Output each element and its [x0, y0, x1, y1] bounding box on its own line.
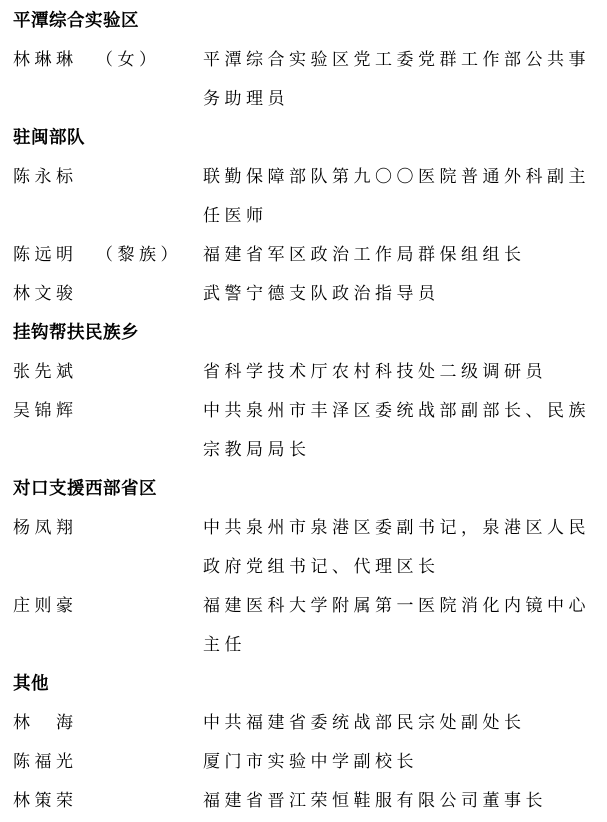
entry-row: 林琳琳（女）平潭综合实验区党工委党群工作部公共事务助理员	[0, 40, 607, 118]
person-name: 林文骏	[13, 284, 78, 303]
person-name: 陈永标	[13, 167, 78, 186]
entry-name-cell: 林策荣	[0, 781, 203, 820]
entry-row: 吴锦辉中共泉州市丰泽区委统战部副部长、民族宗教局局长	[0, 391, 607, 469]
person-name: 陈远明	[13, 245, 78, 264]
person-name: 林策荣	[13, 791, 78, 810]
person-name: 吴锦辉	[13, 401, 78, 420]
entry-name-cell: 陈永标	[0, 157, 203, 196]
position-title: 中共福建省委统战部民宗处副处长	[203, 703, 600, 742]
entry-row: 杨凤翔中共泉州市泉港区委副书记，泉港区人民政府党组书记、代理区长	[0, 508, 607, 586]
entry-row: 陈福光厦门市实验中学副校长	[0, 742, 607, 781]
gender-ethnicity-note: （黎族）	[96, 235, 182, 274]
entry-row: 张先斌省科学技术厅农村科技处二级调研员	[0, 352, 607, 391]
entry-name-cell: 陈远明（黎族）	[0, 235, 203, 274]
position-title: 平潭综合实验区党工委党群工作部公共事务助理员	[203, 40, 600, 118]
person-name: 林 海	[13, 713, 78, 732]
person-name: 林琳琳	[13, 50, 78, 69]
entry-name-cell: 庄则豪	[0, 586, 203, 625]
position-title: 厦门市实验中学副校长	[203, 742, 600, 781]
entry-name-cell: 杨凤翔	[0, 508, 203, 547]
entry-name-cell: 林 海	[0, 703, 203, 742]
entry-row: 陈远明（黎族）福建省军区政治工作局群保组组长	[0, 235, 607, 274]
person-name: 陈福光	[13, 752, 78, 771]
section-header: 挂钩帮扶民族乡	[0, 313, 607, 352]
position-title: 福建省晋江荣恒鞋服有限公司董事长	[203, 781, 600, 820]
entry-row: 庄则豪福建医科大学附属第一医院消化内镜中心主任	[0, 586, 607, 664]
section-header: 平潭综合实验区	[0, 1, 607, 40]
entry-row: 陈永标联勤保障部队第九〇〇医院普通外科副主任医师	[0, 157, 607, 235]
entry-name-cell: 林琳琳（女）	[0, 40, 203, 79]
entry-name-cell: 陈福光	[0, 742, 203, 781]
entry-row: 林文骏武警宁德支队政治指导员	[0, 274, 607, 313]
position-title: 中共泉州市丰泽区委统战部副部长、民族宗教局局长	[203, 391, 600, 469]
entry-name-cell: 吴锦辉	[0, 391, 203, 430]
position-title: 中共泉州市泉港区委副书记，泉港区人民政府党组书记、代理区长	[203, 508, 600, 586]
section-header: 对口支援西部省区	[0, 469, 607, 508]
entry-name-cell: 林文骏	[0, 274, 203, 313]
person-name: 杨凤翔	[13, 518, 78, 537]
position-title: 福建医科大学附属第一医院消化内镜中心主任	[203, 586, 600, 664]
document-page: 平潭综合实验区林琳琳（女）平潭综合实验区党工委党群工作部公共事务助理员驻闽部队陈…	[0, 0, 607, 822]
position-title: 福建省军区政治工作局群保组组长	[203, 235, 600, 274]
position-title: 武警宁德支队政治指导员	[203, 274, 600, 313]
section-header: 其他	[0, 664, 607, 703]
entry-row: 林 海中共福建省委统战部民宗处副处长	[0, 703, 607, 742]
gender-ethnicity-note: （女）	[96, 40, 161, 79]
position-title: 省科学技术厅农村科技处二级调研员	[203, 352, 600, 391]
position-title: 联勤保障部队第九〇〇医院普通外科副主任医师	[203, 157, 600, 235]
section-header: 驻闽部队	[0, 118, 607, 157]
person-name: 张先斌	[13, 362, 78, 381]
person-name: 庄则豪	[13, 596, 78, 615]
entry-row: 林策荣福建省晋江荣恒鞋服有限公司董事长	[0, 781, 607, 820]
entry-name-cell: 张先斌	[0, 352, 203, 391]
